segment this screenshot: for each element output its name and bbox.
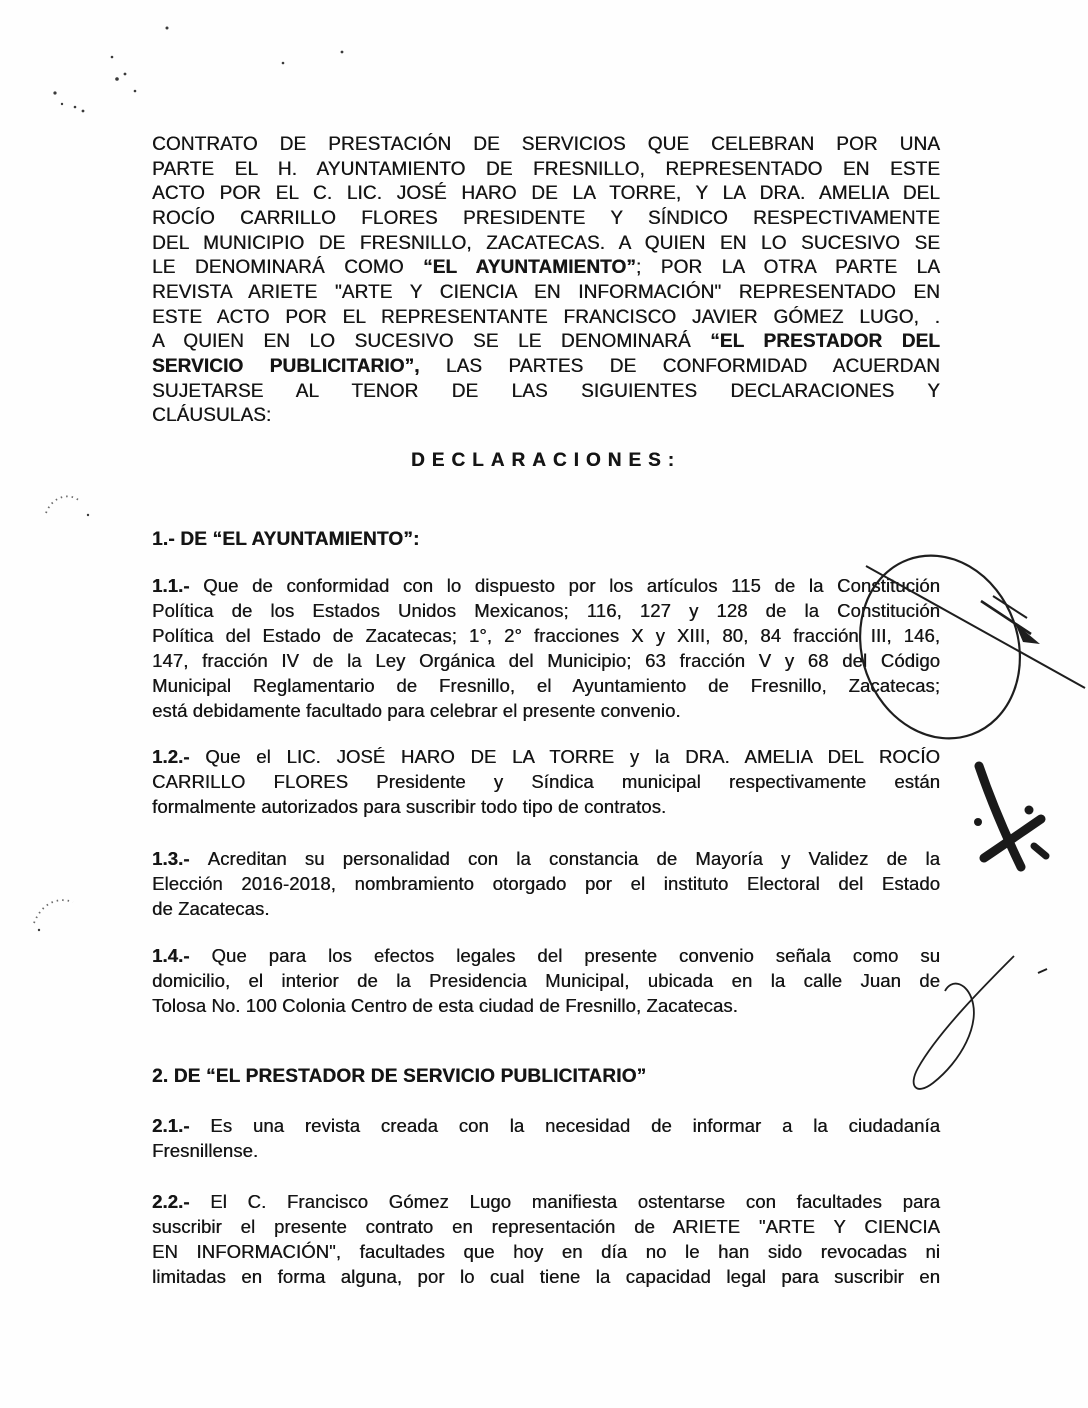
text-line: ESTE ACTO POR EL REPRESENTANTE FRANCISCO… xyxy=(152,306,940,331)
pen-cross-mark xyxy=(974,766,1046,867)
text-line: 1.4.- Que para los efectos legales del p… xyxy=(152,943,940,968)
pen-arrow-icon xyxy=(981,596,1040,644)
text-line: CARRILLO FLORES Presidente y Síndica mun… xyxy=(152,769,940,794)
clause-1-2: 1.2.- Que el LIC. JOSÉ HARO DE LA TORRE … xyxy=(152,744,940,819)
text-line: Municipal Reglamentario de Fresnillo, el… xyxy=(152,673,940,698)
text-line: Elección 2016-2018, nombramiento otorgad… xyxy=(152,871,940,896)
text-line: PARTE EL H. AYUNTAMIENTO DE FRESNILLO, R… xyxy=(152,158,940,183)
text-line: 2.1.- Es una revista creada con la neces… xyxy=(152,1113,940,1138)
text-line: Tolosa No. 100 Colonia Centro de esta ci… xyxy=(152,993,940,1018)
text-line: de Zacatecas. xyxy=(152,896,940,921)
text-line: 1.3.- Acreditan su personalidad con la c… xyxy=(152,846,940,871)
clause-2-2: 2.2.- El C. Francisco Gómez Lugo manifie… xyxy=(152,1189,940,1289)
clause-1-4: 1.4.- Que para los efectos legales del p… xyxy=(152,943,940,1018)
text-line: DEL MUNICIPIO DE FRESNILLO, ZACATECAS. A… xyxy=(152,232,940,257)
text-line: REVISTA ARIETE "ARTE Y CIENCIA EN INFORM… xyxy=(152,281,940,306)
text-line: Fresnillense. xyxy=(152,1138,940,1163)
text-line: 1.2.- Que el LIC. JOSÉ HARO DE LA TORRE … xyxy=(152,744,940,769)
text-line: limitadas en forma alguna, por lo cual t… xyxy=(152,1264,940,1289)
text-line: está debidamente facultado para celebrar… xyxy=(152,698,940,723)
intro-paragraph: CONTRATO DE PRESTACIÓN DE SERVICIOS QUE … xyxy=(152,133,940,429)
text-line: 2.2.- El C. Francisco Gómez Lugo manifie… xyxy=(152,1189,940,1214)
section-1-heading: 1.- DE “EL AYUNTAMIENTO”: xyxy=(152,529,940,551)
text-line: formalmente autorizados para suscribir t… xyxy=(152,794,940,819)
text-line: 1.1.- Que de conformidad con lo dispuest… xyxy=(152,573,940,598)
text-line: SUJETARSE AL TENOR DE LAS SIGUIENTES DEC… xyxy=(152,380,940,405)
text-line: Política del Estado de Zacatecas; 1°, 2°… xyxy=(152,623,940,648)
clause-1-1: 1.1.- Que de conformidad con lo dispuest… xyxy=(152,573,940,723)
section-2-heading: 2. DE “EL PRESTADOR DE SERVICIO PUBLICIT… xyxy=(152,1066,940,1088)
text-line: CLÁUSULAS: xyxy=(152,404,940,429)
clause-1-3: 1.3.- Acreditan su personalidad con la c… xyxy=(152,846,940,921)
text-line: SERVICIO PUBLICITARIO”, LAS PARTES DE CO… xyxy=(152,355,940,380)
scanned-contract-page: CONTRATO DE PRESTACIÓN DE SERVICIOS QUE … xyxy=(0,0,1088,1408)
text-line: Política de los Estados Unidos Mexicanos… xyxy=(152,598,940,623)
declarations-heading: DECLARACIONES: xyxy=(152,450,940,472)
text-line: CONTRATO DE PRESTACIÓN DE SERVICIOS QUE … xyxy=(152,133,940,158)
text-line: EN INFORMACIÓN", facultades que hoy en d… xyxy=(152,1239,940,1264)
text-line: domicilio, el interior de la Presidencia… xyxy=(152,968,940,993)
text-line: 147, fracción IV de la Ley Orgánica del … xyxy=(152,648,940,673)
text-line: suscribir el presente contrato en repres… xyxy=(152,1214,940,1239)
clause-2-1: 2.1.- Es una revista creada con la neces… xyxy=(152,1113,940,1163)
dotted-arc-marks xyxy=(34,496,81,923)
text-line: LE DENOMINARÁ COMO “EL AYUNTAMIENTO”; PO… xyxy=(152,256,940,281)
text-line: A QUIEN EN LO SUCESIVO SE LE DENOMINARÁ … xyxy=(152,330,940,355)
text-line: ACTO POR EL C. LIC. JOSÉ HARO DE LA TORR… xyxy=(152,182,940,207)
text-line: ROCÍO CARRILLO FLORES PRESIDENTE Y SÍNDI… xyxy=(152,207,940,232)
